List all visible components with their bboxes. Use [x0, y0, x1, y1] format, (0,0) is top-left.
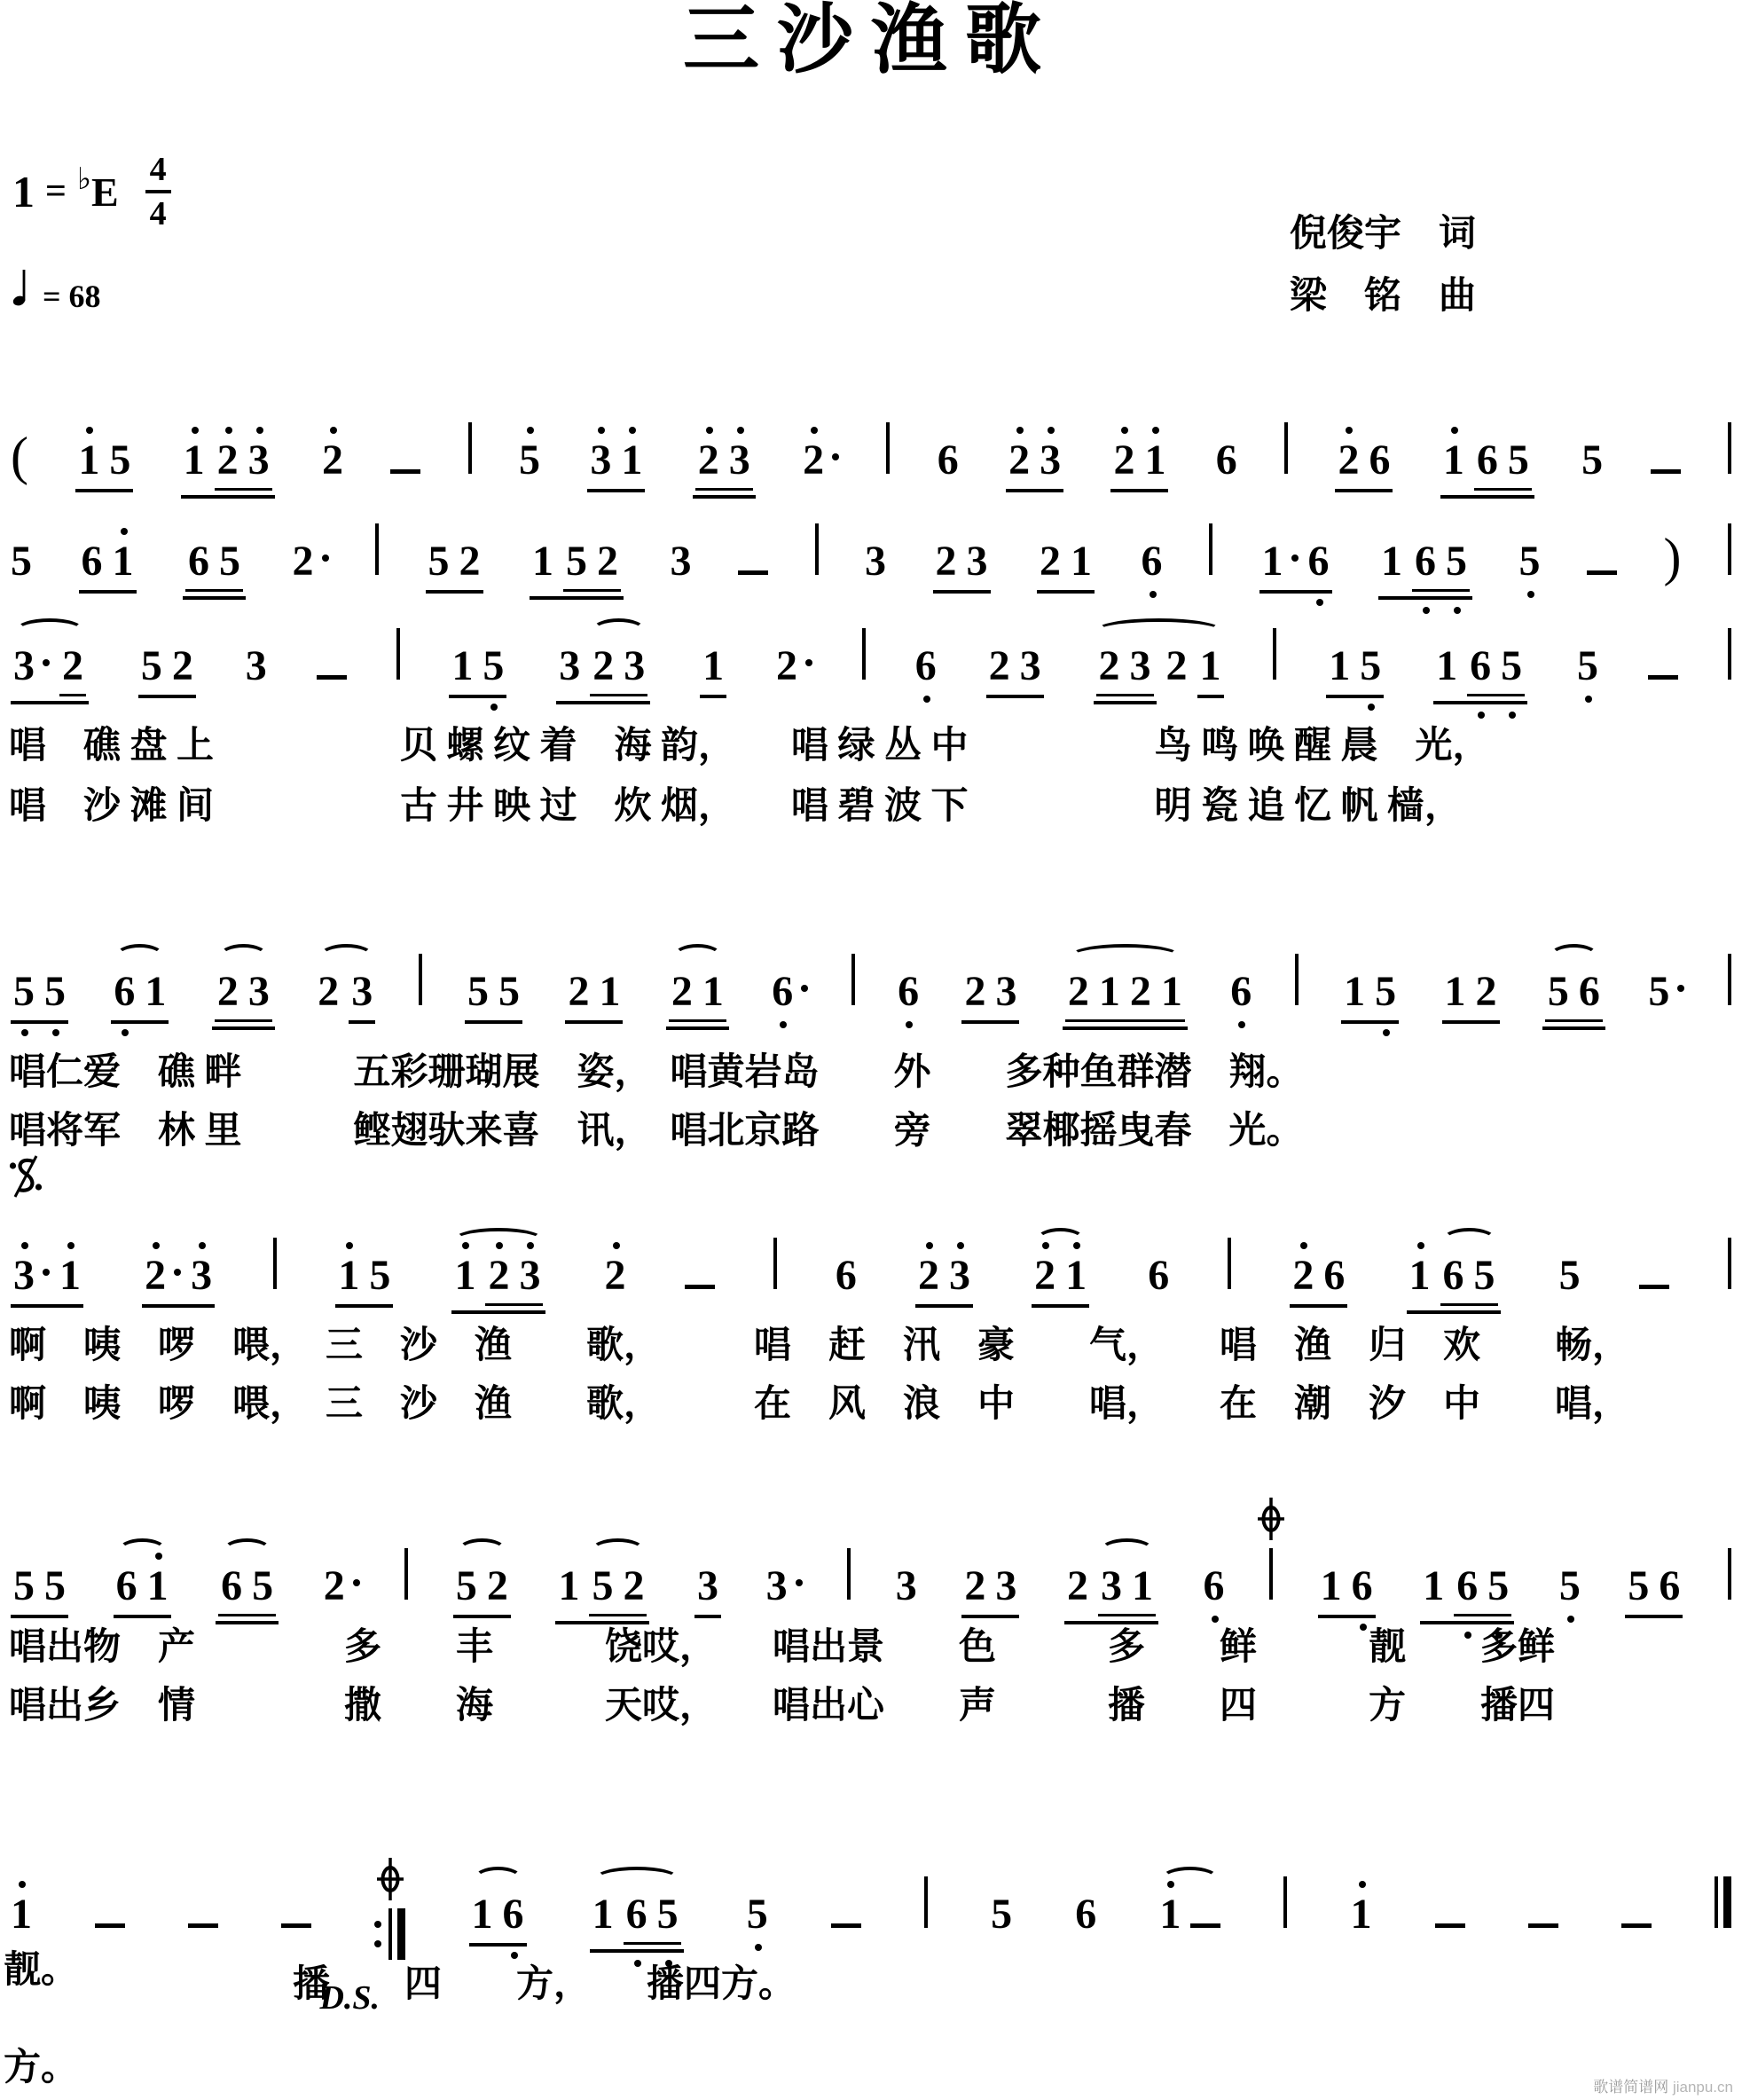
music-line: 3123151232623216261655 [11, 1238, 1731, 1314]
dash-note [685, 1285, 715, 1289]
augmentation-dot [1677, 985, 1684, 992]
note: 5 [519, 436, 540, 484]
key-do: 1 [12, 166, 35, 217]
barline [1728, 628, 1731, 680]
note: 5 [1501, 641, 1522, 690]
dash-note [1435, 1923, 1465, 1928]
note: 1 [113, 537, 134, 586]
tempo-value: = 68 [43, 278, 101, 315]
barline [1209, 523, 1212, 575]
note: 3 [896, 1561, 917, 1610]
barline [419, 954, 422, 1005]
note: 1 [1443, 436, 1464, 484]
note: 1 [1381, 537, 1402, 586]
note: 3 [1020, 641, 1041, 690]
note: 3 [248, 967, 270, 1016]
slur-group: 1 [1159, 1890, 1220, 1942]
note: 1 [1329, 641, 1350, 690]
coda-icon [375, 1855, 405, 1903]
beam-group: 23 [215, 436, 272, 491]
note: 3 [191, 1251, 212, 1300]
note: 2 [918, 1251, 939, 1300]
beam-group: 123 [181, 436, 275, 499]
beam-group: 21 [1110, 436, 1168, 492]
beam-group: 56 [1625, 1561, 1683, 1618]
note: 6 [772, 967, 808, 1016]
octave-dot-below [1527, 591, 1534, 598]
note: 1 [1436, 641, 1457, 690]
note: 2 [1113, 436, 1134, 484]
octave-dot-above [706, 427, 713, 434]
beam-group: 21 [666, 967, 729, 1030]
note: 2 [1338, 436, 1359, 484]
note: 1 [1071, 537, 1092, 586]
note: 6 [626, 1890, 647, 1939]
note: 5 [1648, 967, 1684, 1016]
slur-group: 123 [451, 1251, 545, 1314]
note: 3 [865, 537, 886, 586]
beam-group: 26 [1290, 1251, 1347, 1308]
slur-group: 32 [13, 641, 86, 696]
slur-group: 2321 [1094, 641, 1224, 704]
note: 2 [1166, 641, 1188, 690]
octave-dot-above [1152, 427, 1159, 434]
augmentation-dot [43, 659, 50, 666]
dash-note [188, 1923, 218, 1928]
beam-group: 16 [1259, 537, 1332, 594]
dash-note [831, 1923, 861, 1928]
octave-dot-above [153, 1242, 160, 1249]
note: 5 [428, 537, 450, 586]
beam-group: 65 [1467, 641, 1525, 696]
note: 6 [1443, 1251, 1464, 1300]
equals-sign: = [45, 170, 67, 213]
note: 3 [248, 436, 270, 484]
note: 1 [472, 1890, 493, 1939]
slur-group: 52 [589, 1561, 647, 1616]
octave-dot-above [1300, 1242, 1307, 1249]
beam-group: 15 [1341, 967, 1399, 1024]
music-line: 3252315323126232321151655 [11, 628, 1731, 704]
note: 1 [592, 1890, 614, 1939]
note: 5 [592, 1561, 613, 1610]
note: 6 [1352, 1561, 1373, 1610]
note: 6 [1216, 436, 1237, 484]
beam-group: 3 [694, 1561, 721, 1618]
augmentation-dot [805, 659, 812, 666]
beam-group: 55 [11, 967, 68, 1024]
beam-group: 3 [349, 967, 375, 1024]
slur-group: 52 [456, 1561, 508, 1610]
note: 3 [995, 1561, 1016, 1610]
octave-dot-below [21, 1029, 28, 1036]
music-line: 1D.S.1616555611 [11, 1876, 1731, 1953]
slur-group: 65 [1440, 1251, 1498, 1306]
octave-dot-below [1368, 704, 1375, 711]
dash-note [317, 675, 347, 680]
bar-thin [388, 1908, 392, 1960]
note: 1 [1099, 967, 1120, 1016]
octave-dot-below [52, 1029, 59, 1036]
note: 2 [597, 537, 618, 586]
octave-dot-above [1073, 1242, 1080, 1249]
octave-dot-below [122, 1029, 129, 1036]
lyricist-credit: 倪俊宇 词 [1290, 204, 1476, 257]
octave-dot-above [629, 427, 636, 434]
octave-dot-above [330, 427, 337, 434]
octave-dot-below [511, 1952, 518, 1959]
note: 2 [1130, 967, 1151, 1016]
note: 2 [776, 641, 812, 690]
slur-group: 2121 [1068, 967, 1182, 1016]
note: 6 [188, 537, 209, 586]
note: 2 [964, 1561, 985, 1610]
bar-thin [375, 523, 379, 575]
note: 6 [898, 967, 919, 1016]
note: 3 [729, 436, 750, 484]
beam-group: 52 [138, 641, 196, 698]
barline [1283, 1876, 1287, 1928]
octave-dot-below [1585, 696, 1592, 703]
lyric-line: 唱出乡 情 撒 海 天哎， 唱出心 声 播 四 方 播四 [9, 1684, 1555, 1728]
octave-dot-above [225, 427, 232, 434]
note: 5 [566, 537, 587, 586]
note: 1 [147, 1561, 169, 1610]
note: 6 [1308, 537, 1330, 586]
beam-group: 65 [1454, 1561, 1511, 1616]
note: 1 [1159, 1890, 1181, 1939]
music-line: 55616525215233323231616165556 [11, 1548, 1731, 1624]
bar-thin [1284, 422, 1288, 474]
barline [1269, 1548, 1273, 1600]
note: 6 [1142, 537, 1163, 586]
note: 5 [467, 967, 489, 1016]
barline [273, 1238, 277, 1289]
beam-group: 1 [1197, 641, 1224, 698]
music-line: (151232531232623216261655 [11, 422, 1731, 499]
beam-group: 31 [587, 436, 645, 492]
beam-group: 231 [1064, 1561, 1158, 1624]
note: 6 [1230, 967, 1252, 1016]
note: 2 [322, 436, 343, 484]
note: 5 [44, 967, 66, 1016]
note: 5 [1519, 537, 1541, 586]
note: 2 [217, 967, 239, 1016]
watermark-domain: jianpu.cn [1673, 2079, 1733, 2096]
beam-group: 65 [185, 537, 243, 592]
barline: D.S. [374, 1908, 405, 1960]
quarter-note-icon [12, 268, 30, 315]
octave-dot-above [155, 1553, 162, 1560]
dash-note [1651, 469, 1681, 474]
repeat-dot [374, 1921, 381, 1928]
dash-note [1648, 675, 1678, 680]
note: 1 [532, 537, 553, 586]
lyric-line: 啊 咦 啰 喂， 三 沙 渔 歌， 在 风 浪 中 唱， 在 潮 汐 中 唱， [9, 1382, 1629, 1427]
barline [815, 523, 819, 575]
note: 3 [1040, 436, 1061, 484]
note: 1 [11, 1890, 32, 1939]
beam-group: 23 [961, 967, 1019, 1024]
beam-group: 23 [215, 967, 272, 1022]
note: 2 [318, 967, 339, 1016]
octave-dot-below [780, 1021, 787, 1028]
bar-thick [397, 1908, 405, 1960]
beam-group: 152 [530, 537, 624, 600]
note: 6 [1075, 1890, 1096, 1939]
note: 1 [338, 1251, 359, 1300]
lyric-line: 唱 礁 盘 上 贝 螺 纹 着 海 韵， 唱 绿 丛 中 鸟 鸣 唤 醒 晨 光… [9, 724, 1490, 768]
note: 6 [1579, 967, 1600, 1016]
note: 2 [1292, 1251, 1314, 1300]
slur-group: 61 [116, 1561, 169, 1610]
beam-group: 15 [335, 1251, 393, 1308]
note: 3 [766, 1561, 803, 1610]
dash-note [1190, 1923, 1220, 1928]
note: 1 [1321, 1561, 1342, 1610]
beam-group: 65 [218, 1561, 276, 1616]
note: 1 [1262, 537, 1299, 586]
octave-dot-below [1478, 712, 1485, 719]
barline [1295, 954, 1299, 1005]
coda-icon [1256, 1495, 1286, 1543]
note: 2 [1040, 537, 1061, 586]
beam-group: 23 [590, 641, 647, 696]
lyric-line: 靓。 [4, 1948, 78, 1993]
note: 5 [1581, 436, 1603, 484]
repeat-dot [374, 1940, 381, 1947]
note: 5 [1548, 967, 1569, 1016]
augmentation-dot [796, 1579, 803, 1586]
note: 1 [145, 967, 166, 1016]
bar-thin [815, 523, 819, 575]
flat-icon: ♭ [77, 161, 91, 197]
note: 3 [590, 436, 611, 484]
octave-dot-above [1121, 427, 1128, 434]
octave-dot-above [192, 427, 199, 434]
note: 2 [488, 1251, 509, 1300]
note: 1 [1161, 967, 1182, 1016]
note: 5 [747, 1890, 768, 1939]
bar-thin [1728, 1238, 1731, 1289]
beam-group: 21 [1037, 537, 1095, 594]
beam-group: 55 [465, 967, 522, 1024]
note: 1 [702, 641, 724, 690]
bar-thin [862, 628, 866, 680]
music-line: 556123235521216623212161512565 [11, 954, 1731, 1030]
octave-dot-above [496, 1242, 503, 1249]
beam-group: 123 [451, 1251, 545, 1314]
note: 1 [1065, 1251, 1087, 1300]
octave-dot-above [926, 1242, 933, 1249]
slur-group: 165 [592, 1890, 681, 1945]
barline [375, 523, 379, 575]
note: 1 [1409, 1251, 1431, 1300]
beam-group: 323 [556, 641, 650, 704]
note: 3 [559, 641, 580, 690]
note: 2 [698, 436, 719, 484]
barline [1228, 1238, 1231, 1289]
beam-group: 23 [142, 1251, 215, 1308]
segno-icon [7, 1153, 44, 1199]
beam-group: 12 [1442, 967, 1500, 1024]
dash-note [95, 1923, 125, 1928]
note: 6 [836, 1251, 857, 1300]
note: 5 [1375, 967, 1396, 1016]
note: 2 [1034, 1251, 1055, 1300]
octave-dot-above [21, 1242, 28, 1249]
octave-dot-below [1567, 1616, 1574, 1623]
note: 2 [1099, 641, 1120, 690]
slur-group: 23 [590, 641, 647, 696]
bar-thin [1728, 628, 1731, 680]
note: 2 [1067, 1561, 1088, 1610]
dash-note [1528, 1923, 1558, 1928]
note: 3 [671, 537, 692, 586]
beam-group: 2121 [1065, 967, 1185, 1022]
note: 1 [1132, 1561, 1153, 1610]
beam-group: 31 [1098, 1561, 1156, 1616]
octave-dot-above [67, 1242, 75, 1249]
slur-group: 56 [1548, 967, 1600, 1016]
meter-bottom: 4 [150, 193, 167, 231]
note: 5 [1474, 1251, 1495, 1300]
beam-group: 23 [1096, 641, 1154, 696]
note: 2 [568, 967, 589, 1016]
barline [886, 422, 890, 474]
bar-thin [1728, 1548, 1731, 1600]
note: 3 [13, 1251, 50, 1300]
octave-dot-below [490, 704, 498, 711]
beam-group: 52 [426, 537, 483, 594]
beam-group: 165 [1433, 641, 1527, 704]
augmentation-dot [353, 1579, 360, 1586]
barline [847, 1548, 851, 1600]
note: 1 [451, 641, 473, 690]
note: 3 [519, 1251, 540, 1300]
barline [1728, 422, 1731, 474]
bar-thin [1715, 1876, 1718, 1928]
note: 3 [697, 1561, 718, 1610]
beam-group: 65 [1474, 436, 1532, 491]
octave-dot-above [121, 528, 128, 535]
note: 2 [671, 967, 693, 1016]
octave-dot-below [1423, 607, 1430, 614]
beam-group: 21 [669, 967, 726, 1022]
slur-group: 23 [217, 967, 270, 1016]
barline [1728, 954, 1731, 1005]
note: 5 [483, 641, 504, 690]
beam-group: 61 [111, 967, 169, 1024]
lyric-line: 播 四 方， 播四方。 [293, 1962, 796, 2007]
octave-dot-above [1359, 1881, 1366, 1888]
dash-note [390, 469, 420, 474]
note: 6 [1369, 436, 1390, 484]
dash-note [1621, 1923, 1652, 1928]
note: 2 [172, 641, 193, 690]
watermark: 歌谱简谱网 jianpu.cn [1593, 2074, 1733, 2096]
note: 5 [13, 967, 35, 1016]
note: 5 [456, 1561, 477, 1610]
note: 5 [498, 967, 520, 1016]
note: 2 [989, 641, 1010, 690]
beam-group: 165 [1407, 1251, 1501, 1314]
note: 5 [369, 1251, 390, 1300]
note: 5 [1577, 641, 1598, 690]
barline [396, 628, 400, 680]
bar-thick [1723, 1876, 1731, 1928]
octave-dot-below [755, 1944, 762, 1951]
note: 2 [1008, 436, 1030, 484]
beam-group: 52 [589, 1561, 647, 1616]
bar-thin [1728, 954, 1731, 1005]
note: 6 [1148, 1251, 1169, 1300]
key-signature: 1 = ♭ E 4 4 [12, 153, 171, 231]
note: 6 [503, 1890, 524, 1939]
note: 3 [624, 641, 645, 690]
note: 1 [1351, 1890, 1372, 1939]
octave-dot-above [811, 427, 818, 434]
note: 3 [351, 967, 373, 1016]
beam-group: 23 [961, 1561, 1019, 1618]
note: 6 [221, 1561, 242, 1610]
note: 3 [949, 1251, 970, 1300]
slur-group: 23 [318, 967, 375, 1024]
octave-dot-above [346, 1242, 353, 1249]
augmentation-dot [1291, 554, 1299, 562]
slur-group: 61 [114, 967, 166, 1016]
beam-group: 165 [590, 1890, 684, 1953]
note: 6 [1204, 1561, 1225, 1610]
octave-dot-above [1346, 427, 1353, 434]
augmentation-dot [43, 1269, 50, 1276]
beam-group: 165 [1378, 537, 1472, 600]
lyric-line: 唱将军 林 里 鲣翅驮来喜 讯， 唱北京路 旁 翠椰摇曳春 光。 [9, 1109, 1304, 1153]
beam-group: 55 [11, 1561, 68, 1618]
parenthesis: ) [1664, 527, 1682, 588]
octave-dot-above [86, 427, 93, 434]
note: 6 [114, 967, 135, 1016]
beam-group: 15 [75, 436, 133, 492]
note: 6 [1323, 1251, 1345, 1300]
slur-group: 65 [221, 1561, 273, 1610]
watermark-site: 歌谱简谱网 [1593, 2079, 1668, 2096]
note: 3 [967, 537, 988, 586]
note: 2 [623, 1561, 644, 1610]
note: 2 [1068, 967, 1089, 1016]
note: 5 [1559, 1561, 1581, 1610]
beam-group: 23 [693, 436, 756, 499]
barline [924, 1876, 928, 1928]
beam-group: 23 [915, 1251, 973, 1308]
meter-top: 4 [145, 153, 171, 193]
note: 5 [991, 1890, 1012, 1939]
tempo-marking: = 68 [12, 268, 101, 315]
octave-dot-above [527, 1242, 534, 1249]
beam-group: 21 [565, 967, 623, 1024]
slur-group: 31 [1098, 1561, 1156, 1616]
note: 6 [1415, 537, 1436, 586]
barline [862, 628, 866, 680]
slur-group: 21 [1034, 1251, 1087, 1300]
beam-group: 21 [1032, 1251, 1089, 1308]
dash-note [1587, 570, 1617, 575]
bar-thin [924, 1876, 928, 1928]
bar-thin [1209, 523, 1212, 575]
octave-dot-above [199, 1242, 206, 1249]
octave-dot-below [1238, 1021, 1245, 1028]
beam-group: 52 [453, 1561, 511, 1618]
